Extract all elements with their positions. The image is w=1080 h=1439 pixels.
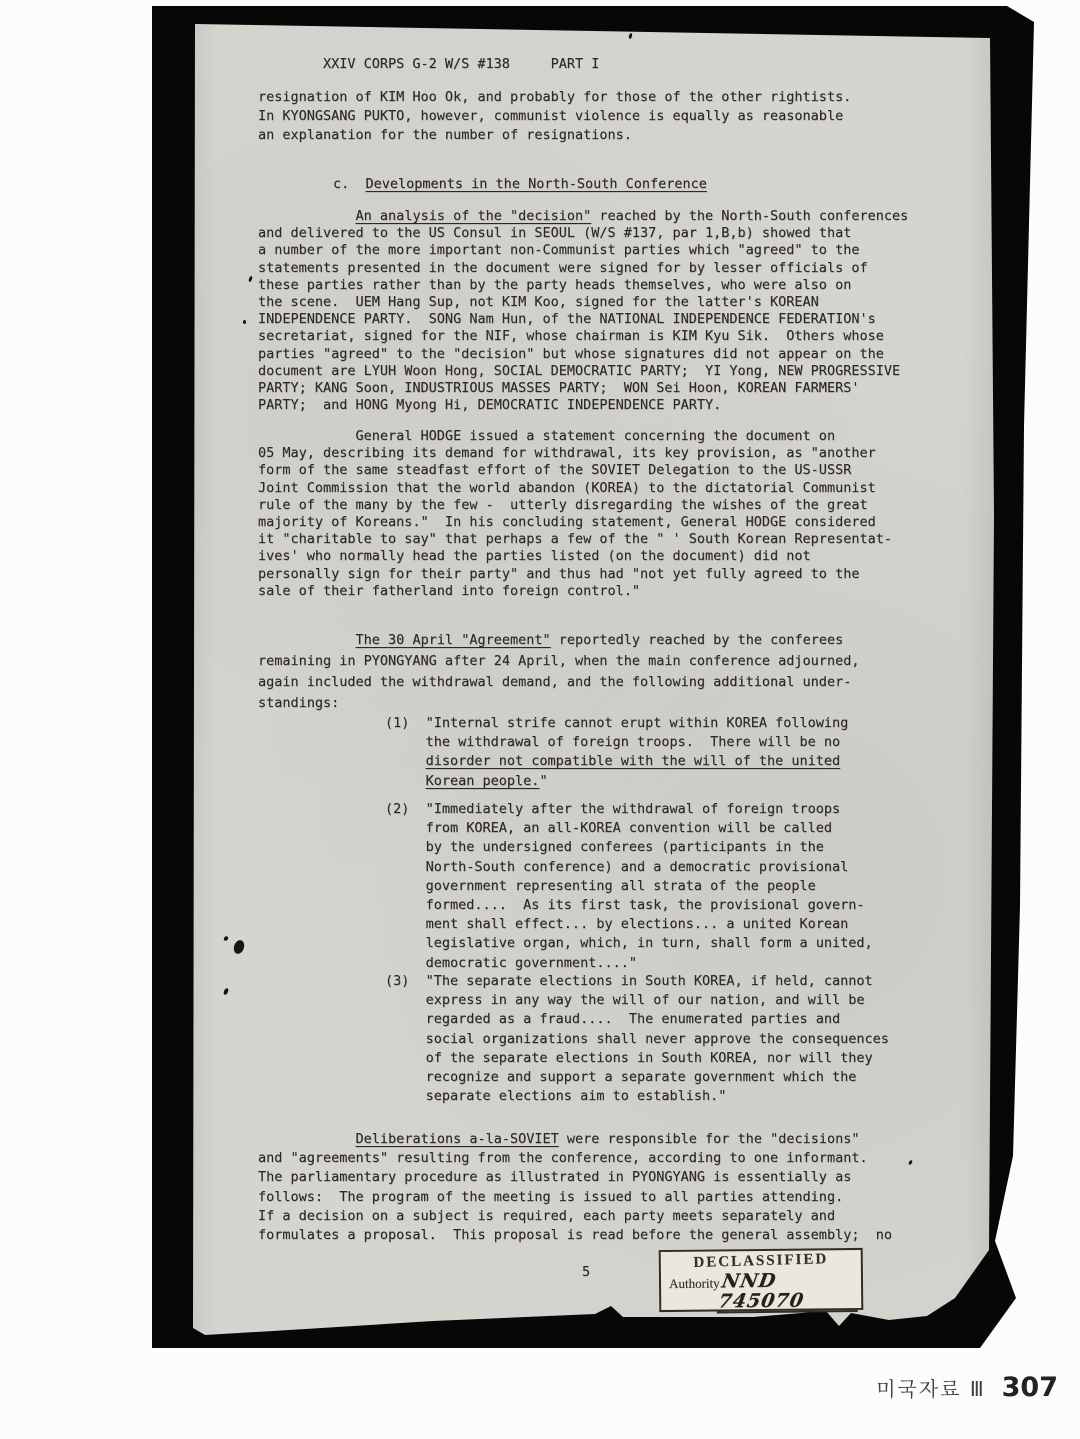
ink-speck <box>908 1160 913 1166</box>
paragraph-deliberations: Deliberations a-la-SOVIET were responsib… <box>258 1130 892 1245</box>
stamp-authority-number: NND 745070 <box>716 1270 864 1314</box>
footer-book-page-number: 307 <box>1002 1372 1058 1403</box>
document-header: XXIV CORPS G-2 W/S #138 PART I <box>323 56 599 73</box>
list-item-2: (2) "Immediately after the withdrawal of… <box>385 800 873 973</box>
paragraph-hodge-statement: General HODGE issued a statement concern… <box>258 428 892 600</box>
paragraph-body: were responsible for the "decisions" and… <box>258 1131 892 1243</box>
ink-speck <box>243 320 246 324</box>
ink-speck <box>223 935 229 941</box>
ink-speck <box>628 33 632 40</box>
item-text: " <box>539 773 547 789</box>
section-heading-c: c. Developments in the North-South Confe… <box>333 176 707 193</box>
sheet-page-number: 5 <box>582 1264 590 1280</box>
underlined-clause: disorder not compatible with the will of… <box>426 753 841 769</box>
item-text <box>385 773 426 789</box>
paragraph-analysis: An analysis of the "decision" reached by… <box>258 208 908 414</box>
underlined-clause: Korean people. <box>426 773 540 789</box>
typewritten-document: XXIV CORPS G-2 W/S #138 PART I resignati… <box>0 0 1080 1439</box>
indent <box>258 632 356 648</box>
indent <box>258 1131 356 1147</box>
section-title: Developments in the North-South Conferen… <box>366 176 707 192</box>
list-item-3: (3) "The separate elections in South KOR… <box>385 972 889 1106</box>
book-footer: 미국자료 Ⅲ 307 <box>876 1372 1058 1403</box>
list-item-1: (1) "Internal strife cannot erupt within… <box>385 714 848 791</box>
underlined-lead: An analysis of the "decision" <box>356 208 592 224</box>
underlined-lead: The 30 April "Agreement" <box>356 632 551 648</box>
indent <box>258 208 356 224</box>
ink-speck <box>248 276 253 283</box>
ink-blot <box>232 939 246 955</box>
declassified-stamp: DECLASSIFIED Authority NND 745070 <box>659 1248 864 1312</box>
underlined-lead: Deliberations a-la-SOVIET <box>356 1131 559 1147</box>
footer-series-label: 미국자료 Ⅲ <box>876 1373 985 1402</box>
ink-speck <box>223 987 230 995</box>
paragraph-intro: resignation of KIM Hoo Ok, and probably … <box>258 88 851 146</box>
stamp-authority-label: Authority <box>669 1275 720 1292</box>
paragraph-30-april: The 30 April "Agreement" reportedly reac… <box>258 630 859 714</box>
book-page: XXIV CORPS G-2 W/S #138 PART I resignati… <box>0 0 1080 1439</box>
paragraph-body: reached by the North-South conferences a… <box>258 208 908 413</box>
section-letter: c. <box>333 176 366 192</box>
